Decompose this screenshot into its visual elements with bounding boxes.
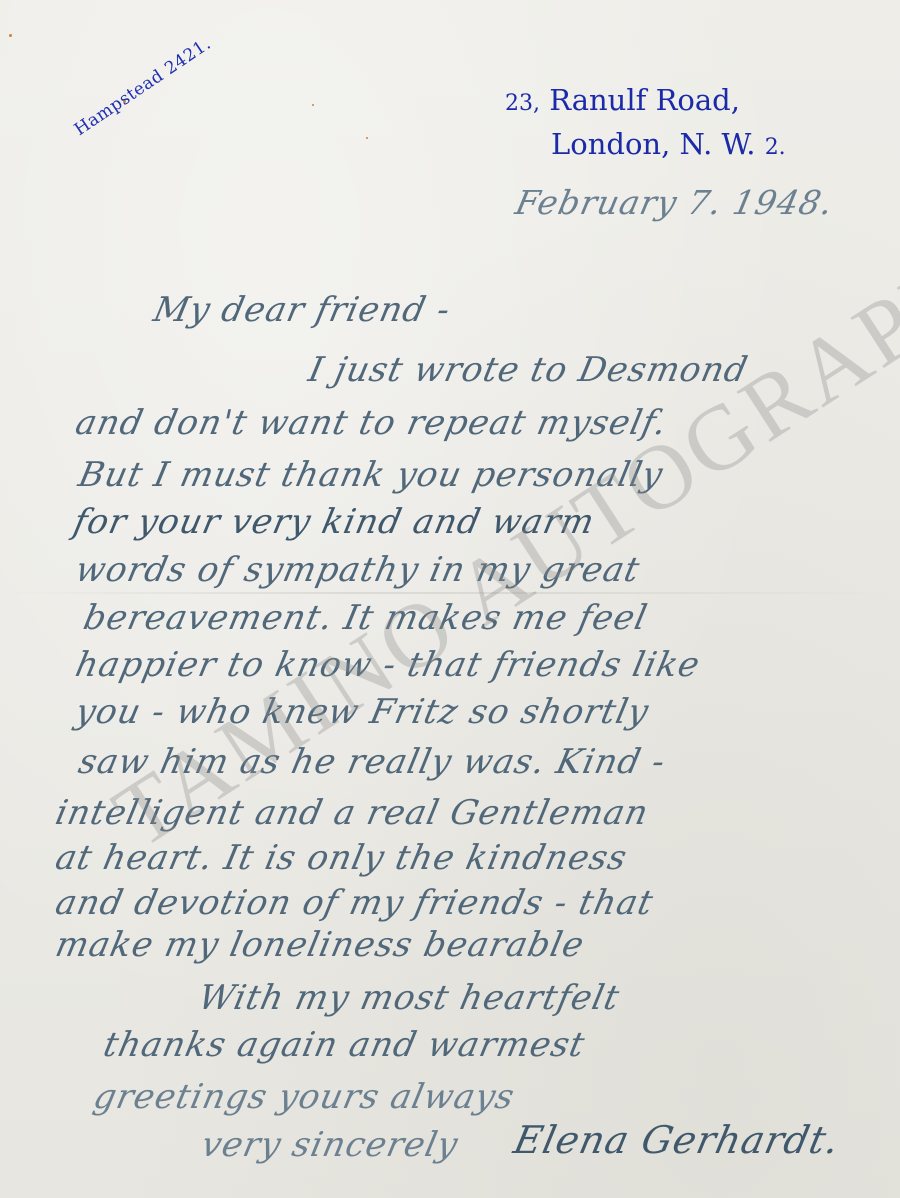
letter-body-line: words of sympathy in my great xyxy=(72,550,644,590)
letter-body-line: and don't want to repeat myself. xyxy=(72,403,671,443)
address-postal: N. W. xyxy=(680,127,756,161)
paper-fold-line xyxy=(0,592,900,594)
address-line-2: London, N. W. 2. xyxy=(551,124,786,168)
letter-closing-line: greetings yours always xyxy=(90,1077,518,1117)
letter-body-line: bereavement. It makes me feel xyxy=(80,598,651,638)
letter-closing-line: With my most heartfelt xyxy=(195,978,623,1018)
letter-body-line: make my loneliness bearable xyxy=(52,925,588,965)
letter-body-line: and devotion of my friends - that xyxy=(52,883,657,923)
letter-body-line: I just wrote to Desmond xyxy=(305,350,752,390)
letterhead-address: 23, Ranulf Road, London, N. W. 2. xyxy=(505,80,786,168)
address-district: 2. xyxy=(765,135,786,160)
letter-signature: Elena Gerhardt. xyxy=(510,1118,844,1162)
letter-body-line: for your very kind and warm xyxy=(70,502,598,542)
address-line-1: 23, Ranulf Road, xyxy=(505,80,786,124)
paper-speck xyxy=(366,137,368,139)
letter-body-line: at heart. It is only the kindness xyxy=(52,838,631,878)
letter-body-line: happier to know - that friends like xyxy=(72,645,704,685)
letter-body-line: But I must thank you personally xyxy=(75,455,667,495)
letter-sign-off: very sincerely xyxy=(198,1125,462,1165)
letter-salutation: My dear friend - xyxy=(150,290,454,330)
paper-speck xyxy=(312,104,314,106)
letter-body-line: intelligent and a real Gentleman xyxy=(52,793,652,833)
letter-closing-line: thanks again and warmest xyxy=(100,1025,589,1065)
letter-body-line: you - who knew Fritz so shortly xyxy=(72,692,653,732)
letter-date: February 7. 1948. xyxy=(512,183,837,222)
address-number: 23, xyxy=(505,91,540,116)
letter-body-line: saw him as he really was. Kind - xyxy=(75,742,669,782)
address-street: Ranulf Road, xyxy=(549,83,740,117)
address-city: London, xyxy=(551,127,670,161)
paper-speck xyxy=(9,34,12,37)
